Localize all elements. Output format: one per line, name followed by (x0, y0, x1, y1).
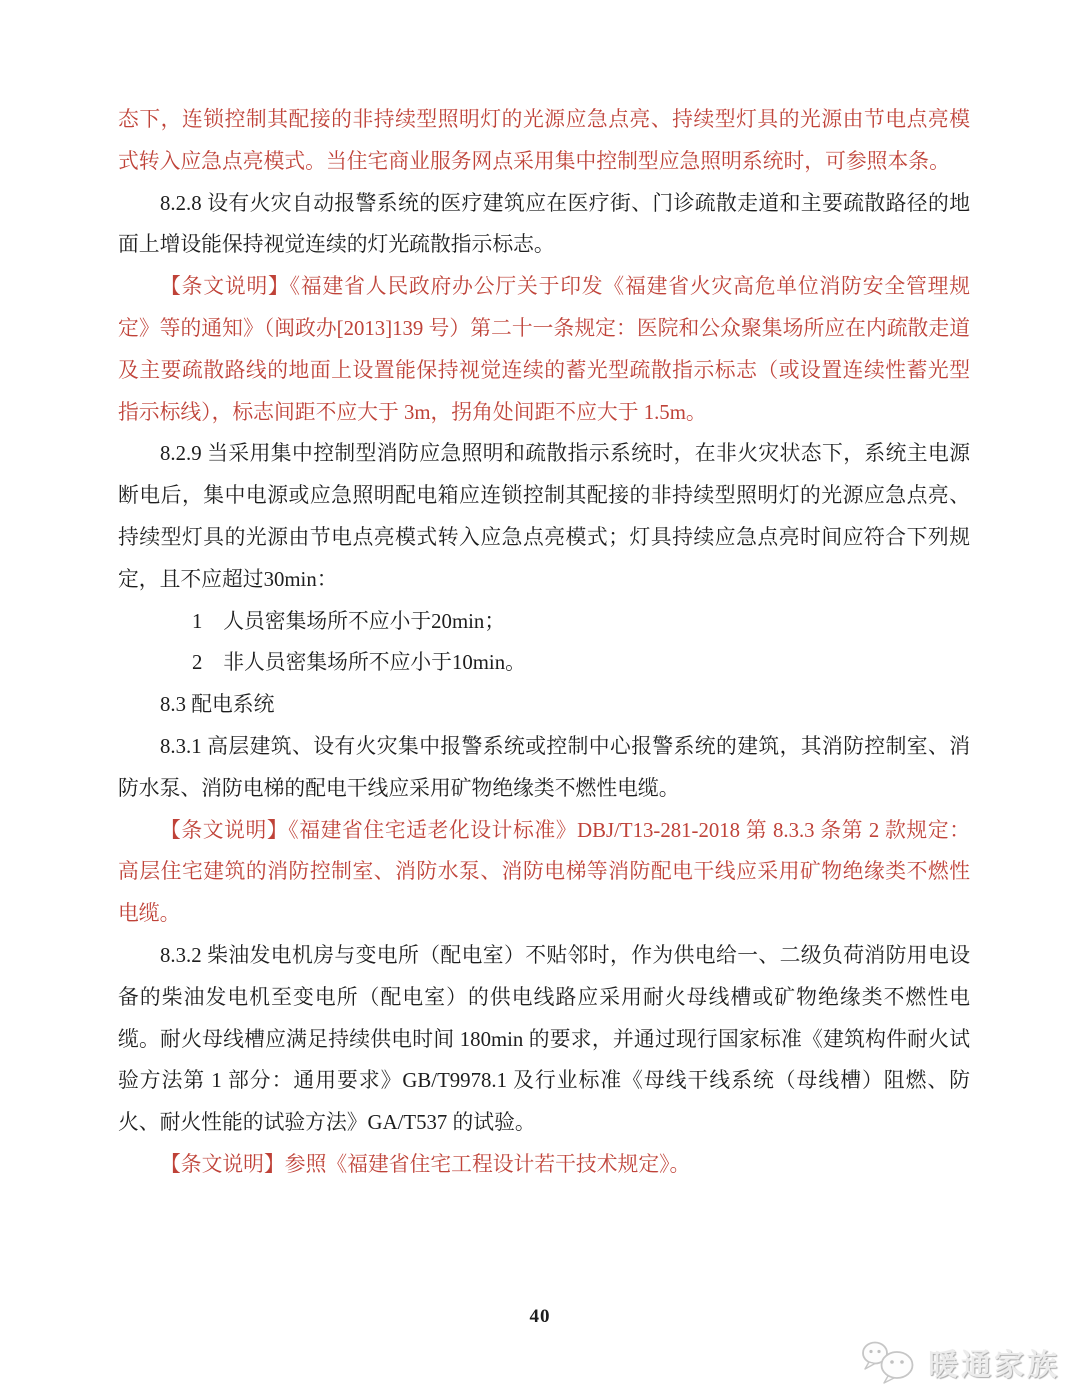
watermark-text: 暖通家族 (928, 1340, 1060, 1384)
watermark: 暖通家族 (860, 1338, 1060, 1386)
paragraph-commentary-8-3-2: 【条文说明】参照《福建省住宅工程设计若干技术规定》。 (118, 1144, 970, 1186)
paragraph-commentary-8-2-8: 【条文说明】《福建省人民政府办公厅关于印发《福建省火灾高危单位消防安全管理规定》… (118, 266, 970, 433)
section-heading-8-3: 8.3 配电系统 (118, 684, 970, 726)
paragraph-clause-8-3-2: 8.3.2 柴油发电机房与变电所（配电室）不贴邻时，作为供电给一、二级负荷消防用… (118, 935, 970, 1144)
page-number: 40 (0, 1306, 1080, 1328)
paragraph-continuation: 态下，连锁控制其配接的非持续型照明灯的光源应急点亮、持续型灯具的光源由节电点亮模… (118, 99, 970, 183)
list-item-1: 1 人员密集场所不应小于20min； (118, 601, 970, 643)
document-page: 态下，连锁控制其配接的非持续型照明灯的光源应急点亮、持续型灯具的光源由节电点亮模… (0, 0, 1080, 1398)
paragraph-clause-8-2-8: 8.2.8 设有火灾自动报警系统的医疗建筑应在医疗街、门诊疏散走道和主要疏散路径… (118, 183, 970, 267)
paragraph-clause-8-2-9: 8.2.9 当采用集中控制型消防应急照明和疏散指示系统时，在非火灾状态下，系统主… (118, 433, 970, 600)
paragraph-commentary-8-3-1: 【条文说明】《福建省住宅适老化设计标准》DBJ/T13-281-2018 第 8… (118, 810, 970, 935)
paragraph-clause-8-3-1: 8.3.1 高层建筑、设有火灾集中报警系统或控制中心报警系统的建筑，其消防控制室… (118, 726, 970, 810)
document-body: 态下，连锁控制其配接的非持续型照明灯的光源应急点亮、持续型灯具的光源由节电点亮模… (118, 99, 970, 1186)
list-item-2: 2 非人员密集场所不应小于10min。 (118, 642, 970, 684)
wechat-icon (860, 1338, 918, 1386)
